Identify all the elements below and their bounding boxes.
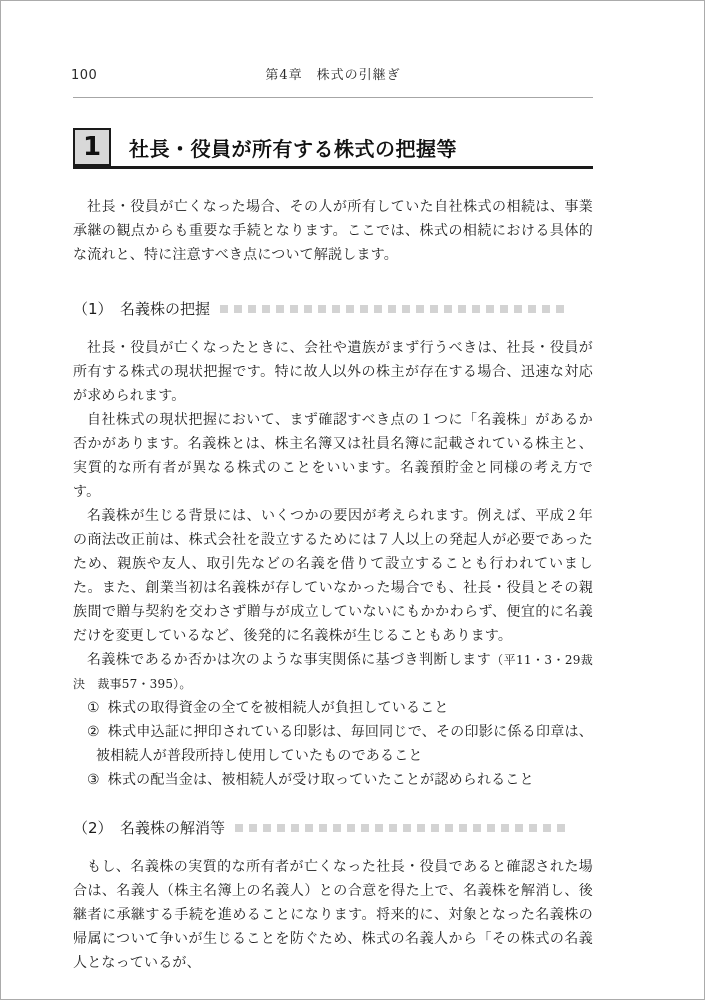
decor-square xyxy=(514,305,522,313)
decor-square xyxy=(445,824,453,832)
list-item-marker: ② xyxy=(87,724,100,740)
decor-square xyxy=(375,824,383,832)
list-item-marker: ③ xyxy=(87,772,100,788)
decor-square xyxy=(318,305,326,313)
list-item: ①株式の取得資金の全てを被相続人が負担していること xyxy=(73,696,593,720)
decor-square xyxy=(459,824,467,832)
decor-square xyxy=(388,305,396,313)
page-header: 100 第4章 株式の引継ぎ xyxy=(73,67,593,85)
paragraph: 名義株が生じる背景には、いくつかの要因が考えられます。例えば、平成２年の商法改正… xyxy=(73,504,593,648)
decor-square xyxy=(556,305,564,313)
decor-square xyxy=(374,305,382,313)
decor-square xyxy=(444,305,452,313)
paragraph: 社長・役員が亡くなったときに、会社や遺族がまず行うべきは、社長・役員が所有する株… xyxy=(73,336,593,408)
section-title: 社長・役員が所有する株式の把握等 xyxy=(129,133,457,162)
decor-square xyxy=(290,305,298,313)
decor-square xyxy=(458,305,466,313)
decor-square xyxy=(430,305,438,313)
decor-square xyxy=(389,824,397,832)
list-item-text: 株式の配当金は、被相続人が受け取っていたことが認められること xyxy=(108,772,534,788)
heading-decoration-squares xyxy=(235,824,593,832)
decor-square xyxy=(346,305,354,313)
decor-square xyxy=(360,305,368,313)
decor-square xyxy=(276,305,284,313)
decor-square xyxy=(528,305,536,313)
decor-square xyxy=(263,824,271,832)
decor-square xyxy=(248,305,256,313)
subsection-2-body: もし、名義株の実質的な所有者が亡くなった社長・役員であると確認された場合は、名義… xyxy=(73,855,593,975)
decor-square xyxy=(431,824,439,832)
page-content: 100 第4章 株式の引継ぎ 1 社長・役員が所有する株式の把握等 社長・役員が… xyxy=(73,1,593,975)
book-page: 100 第4章 株式の引継ぎ 1 社長・役員が所有する株式の把握等 社長・役員が… xyxy=(0,0,705,1000)
judgment-intro-paragraph: 名義株であるか否かは次のような事実関係に基づき判断します（平11・3・29裁決 … xyxy=(73,648,593,696)
decor-square xyxy=(234,305,242,313)
decor-square xyxy=(402,305,410,313)
decor-square xyxy=(515,824,523,832)
decor-square xyxy=(500,305,508,313)
list-item-text: 株式申込証に押印されている印影は、毎回同じで、その印影に係る印章は、被相続人が普… xyxy=(96,724,593,764)
decor-square xyxy=(403,824,411,832)
decor-square xyxy=(487,824,495,832)
decor-square xyxy=(347,824,355,832)
decor-square xyxy=(220,305,228,313)
intro-paragraph: 社長・役員が亡くなった場合、その人が所有していた自社株式の相続は、事業承継の観点… xyxy=(73,195,593,267)
judgment-intro-text: 名義株であるか否かは次のような事実関係に基づき判断します xyxy=(87,652,491,668)
decor-square xyxy=(319,824,327,832)
decor-square xyxy=(249,824,257,832)
list-item-marker: ① xyxy=(87,700,100,716)
decor-square xyxy=(277,824,285,832)
section-number-box: 1 xyxy=(73,128,111,166)
decor-square xyxy=(529,824,537,832)
decor-square xyxy=(332,305,340,313)
decor-square xyxy=(501,824,509,832)
decor-square xyxy=(543,824,551,832)
paragraph: もし、名義株の実質的な所有者が亡くなった社長・役員であると確認された場合は、名義… xyxy=(73,855,593,975)
subsection-2-label: （2） 名義株の解消等 xyxy=(73,818,225,838)
decor-square xyxy=(486,305,494,313)
decor-square xyxy=(417,824,425,832)
decor-square xyxy=(473,824,481,832)
decor-square xyxy=(305,824,313,832)
page-number: 100 xyxy=(71,67,97,85)
decor-square xyxy=(416,305,424,313)
decor-square xyxy=(542,305,550,313)
header-rule xyxy=(73,97,593,98)
decor-square xyxy=(333,824,341,832)
decor-square xyxy=(361,824,369,832)
subsection-2-heading: （2） 名義株の解消等 xyxy=(73,818,593,838)
subsection-1-label: （1） 名義株の把握 xyxy=(73,299,210,319)
heading-decoration-squares xyxy=(220,305,593,313)
list-item: ②株式申込証に押印されている印影は、毎回同じで、その印影に係る印章は、被相続人が… xyxy=(73,720,593,768)
decor-square xyxy=(235,824,243,832)
decor-square xyxy=(557,824,565,832)
decor-square xyxy=(304,305,312,313)
decor-square xyxy=(291,824,299,832)
paragraph: 自社株式の現状把握において、まず確認すべき点の１つに「名義株」があるか否かがあり… xyxy=(73,408,593,504)
judgment-criteria-list: ①株式の取得資金の全てを被相続人が負担していること ②株式申込証に押印されている… xyxy=(73,696,593,792)
decor-square xyxy=(472,305,480,313)
chapter-title: 第4章 株式の引継ぎ xyxy=(73,67,593,85)
subsection-1-heading: （1） 名義株の把握 xyxy=(73,299,593,319)
subsection-1-body: 社長・役員が亡くなったときに、会社や遺族がまず行うべきは、社長・役員が所有する株… xyxy=(73,336,593,792)
list-item-text: 株式の取得資金の全てを被相続人が負担していること xyxy=(108,700,449,716)
section-heading: 1 社長・役員が所有する株式の把握等 xyxy=(73,128,593,169)
list-item: ③株式の配当金は、被相続人が受け取っていたことが認められること xyxy=(73,768,593,792)
decor-square xyxy=(262,305,270,313)
